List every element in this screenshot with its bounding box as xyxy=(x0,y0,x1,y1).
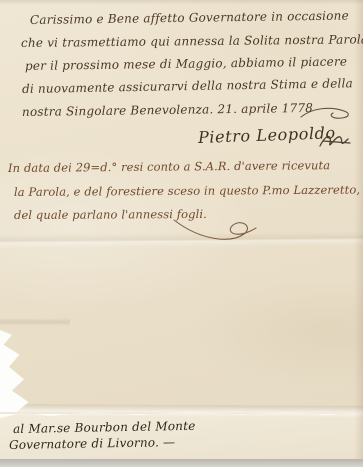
date-flourish xyxy=(300,104,352,122)
postscript-line: la Parola, e del forestiere sceso in que… xyxy=(14,183,360,199)
postscript-line: In data dei 29=d.° resi conto a S.A.R. d… xyxy=(8,158,330,175)
postscript-flourish xyxy=(170,214,260,246)
scanned-letter: Carissimo e Bene affetto Governatore in … xyxy=(0,0,363,467)
paper-crease-small xyxy=(0,318,70,326)
address-line: Governatore di Livorno. — xyxy=(9,435,175,452)
paper-edge-shadow-top xyxy=(0,0,363,5)
signature-flourish xyxy=(318,131,354,151)
scan-bottom-edge xyxy=(0,459,363,467)
paper-edge-shadow-right xyxy=(354,0,363,459)
torn-separation-line xyxy=(0,404,363,418)
